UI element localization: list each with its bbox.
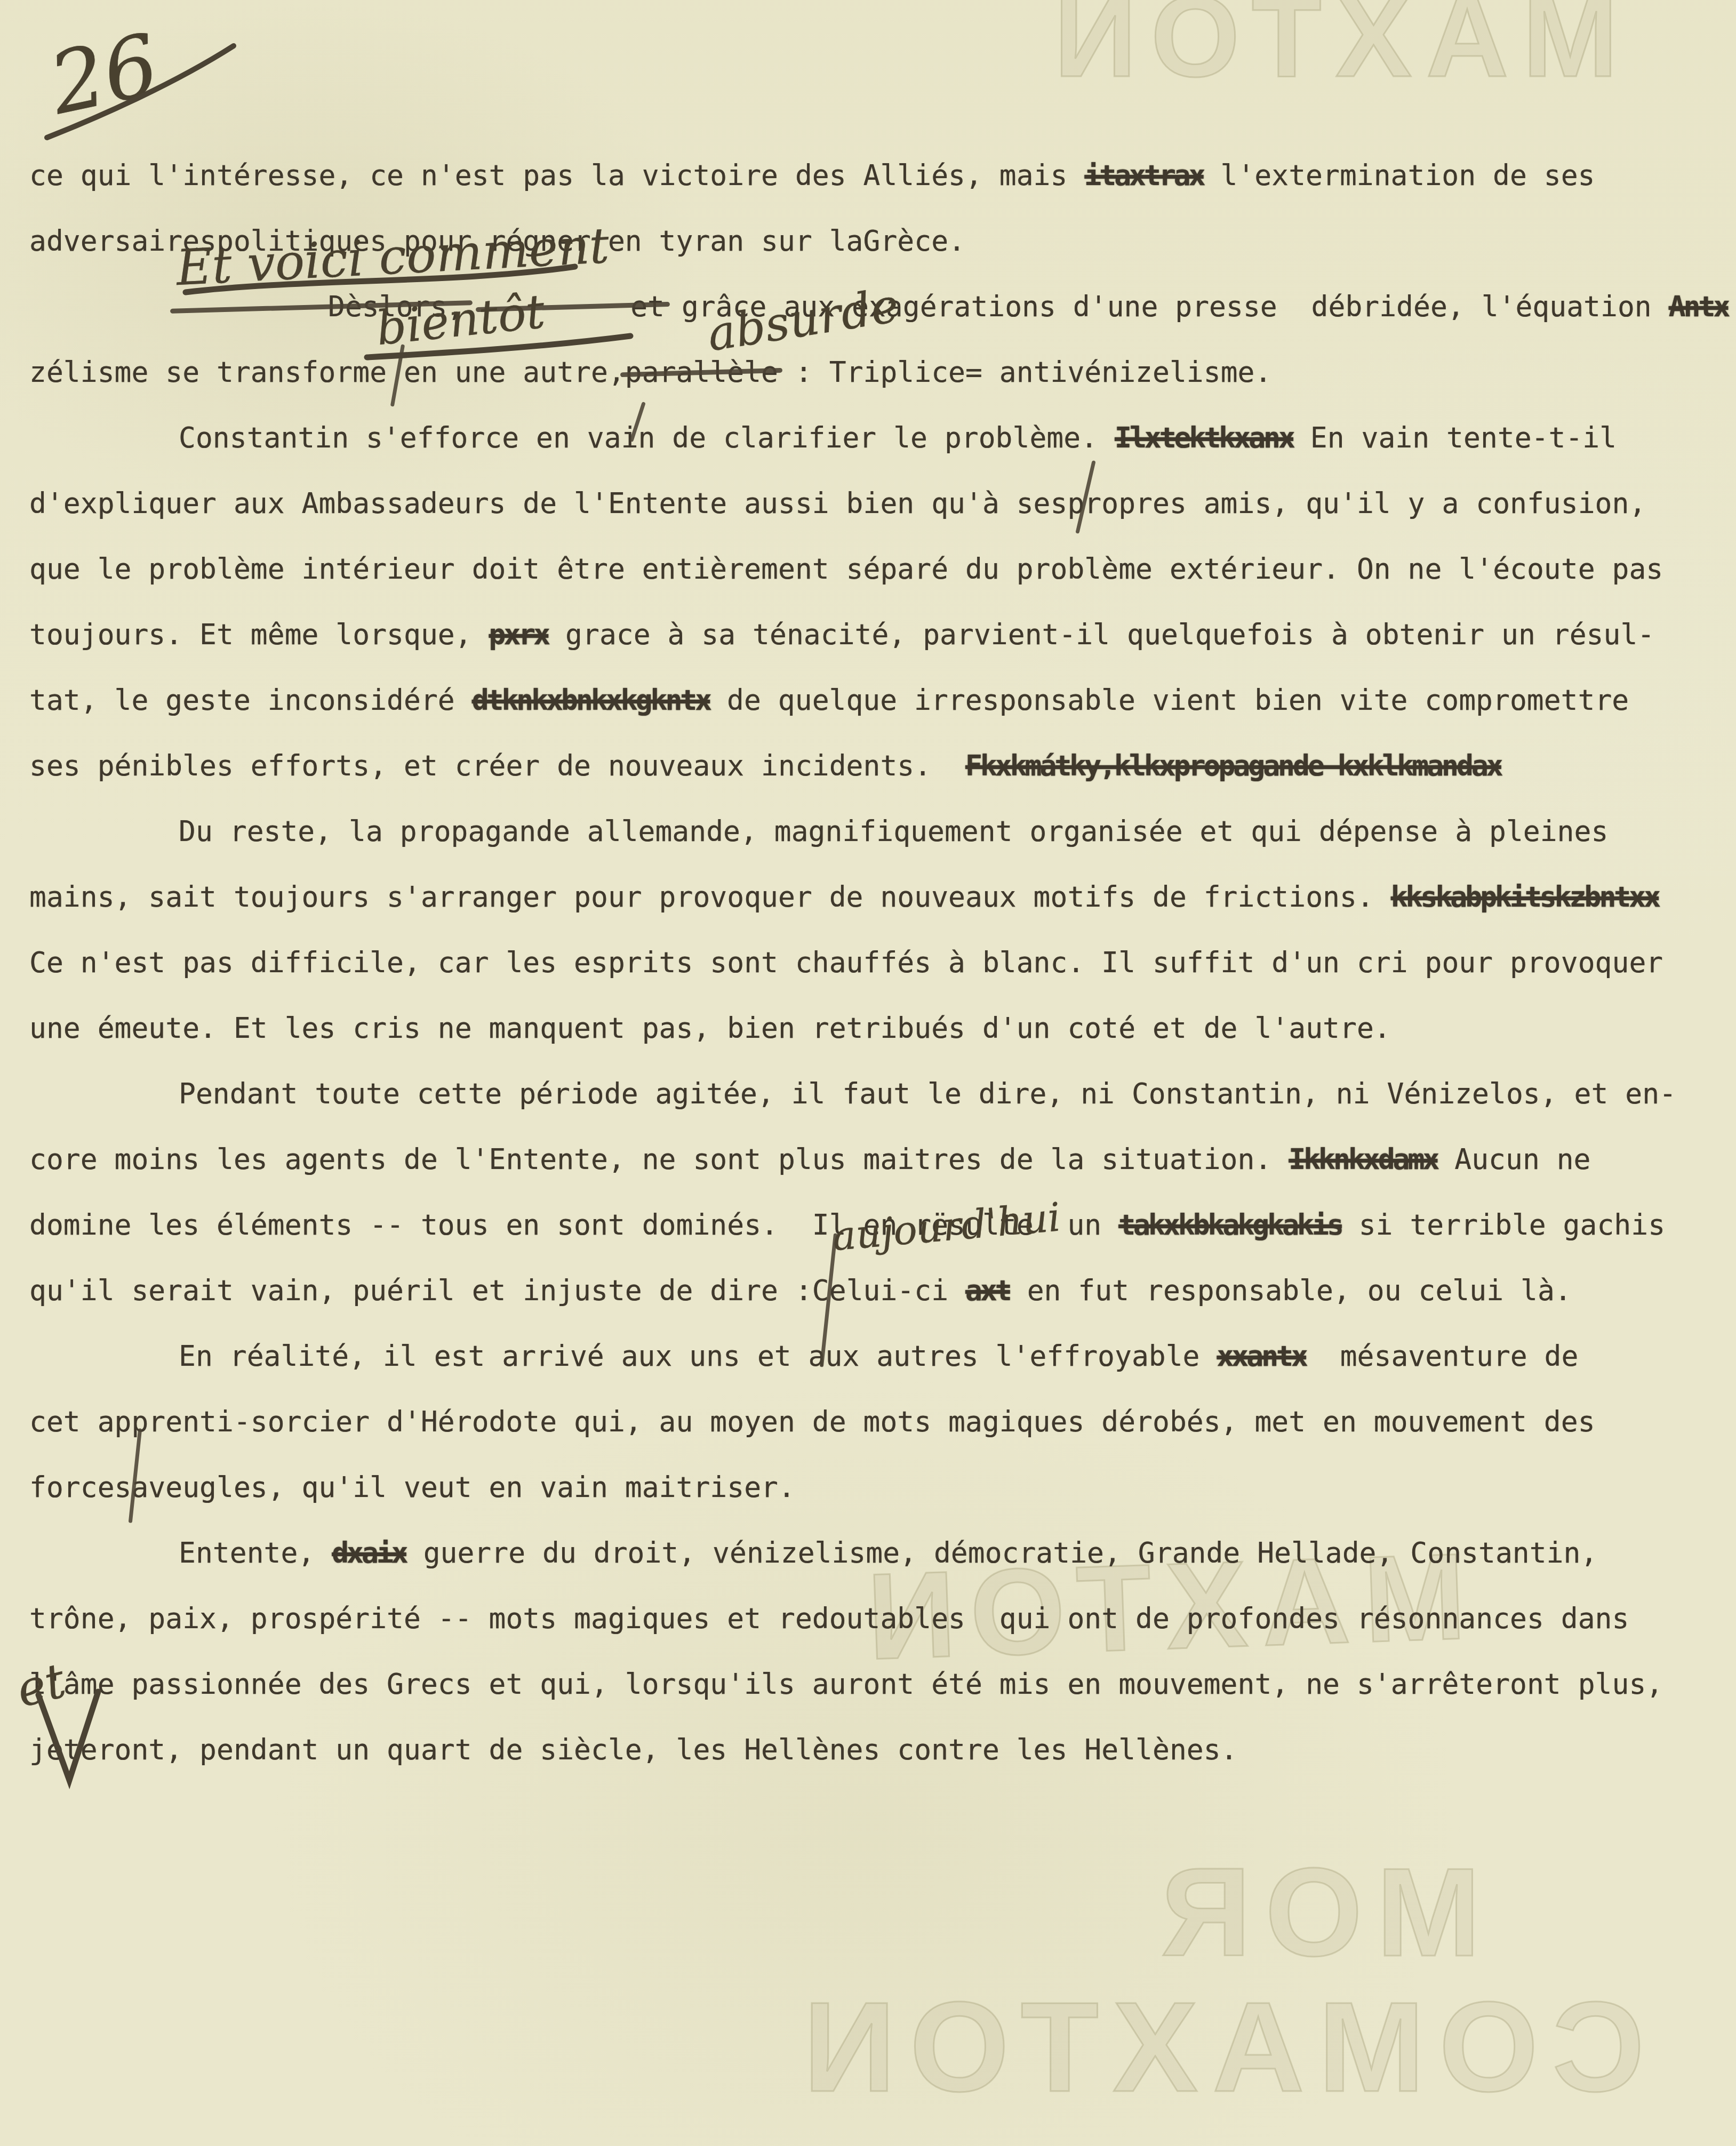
typewriter-struck-text: dxaix	[332, 1537, 406, 1570]
typed-text: cet apprenti-sorcier d'Hérodote qui, au …	[29, 1406, 1595, 1438]
typed-text-block: ce qui l'intéresse, ce n'est pas la vict…	[29, 143, 1715, 1783]
typed-text: zélisme se transforme en une autre,	[29, 356, 625, 389]
typed-text: grace à sa ténacité, parvient-il quelque…	[548, 619, 1654, 651]
typed-text: trône, paix, prospérité -- mots magiques…	[29, 1603, 1629, 1635]
typed-line: une émeute. Et les cris ne manquent pas,…	[29, 996, 1715, 1061]
typed-text: forcesaveugles, qu'il veut en vain maitr…	[29, 1471, 795, 1504]
typewriter-struck-text: kkskabpkitskzbntxx	[1391, 881, 1659, 914]
typewriter-struck-text: Antx	[1669, 291, 1729, 323]
typed-line: Du reste, la propagande allemande, magni…	[29, 799, 1715, 864]
typed-line: que le problème intérieur doit être enti…	[29, 536, 1715, 602]
typed-line: Entente, dxaix guerre du droit, vénizeli…	[29, 1520, 1715, 1586]
typed-text: Ce n'est pas difficile, car les esprits …	[29, 947, 1663, 979]
handwritten-page-number: 26	[42, 15, 167, 134]
typed-text: : Triplice= antivénizelisme.	[778, 356, 1271, 389]
typed-text: En réalité, il est arrivé aux uns et aux…	[179, 1340, 1217, 1373]
typewriter-struck-text: takxkbkakgkakis	[1118, 1209, 1342, 1242]
typewriter-struck-text: xxantx	[1217, 1340, 1306, 1373]
typed-text: Entente,	[179, 1537, 332, 1570]
typed-line: d'expliquer aux Ambassadeurs de l'Entent…	[29, 471, 1715, 536]
typed-line: En réalité, il est arrivé aux uns et aux…	[29, 1324, 1715, 1389]
typewriter-struck-text: axt	[965, 1275, 1010, 1307]
typed-line: ce qui l'intéresse, ce n'est pas la vict…	[29, 143, 1715, 209]
typed-line: mains, sait toujours s'arranger pour pro…	[29, 864, 1715, 930]
typed-line: trône, paix, prospérité -- mots magiques…	[29, 1586, 1715, 1652]
typed-line: zélisme se transforme en une autre,paral…	[29, 340, 1715, 405]
typed-text: tat, le geste inconsidéré	[29, 684, 472, 717]
typewriter-struck-text: pxrx	[489, 619, 549, 651]
typewriter-struck-text: itaxtrax	[1084, 159, 1203, 192]
typed-line: ses pénibles efforts, et créer de nouvea…	[29, 733, 1715, 799]
typed-text: l'extermination de ses	[1204, 159, 1595, 192]
typed-line: toujours. Et même lorsque, pxrx grace à …	[29, 602, 1715, 668]
typed-text: si terrible gachis	[1342, 1209, 1665, 1242]
typed-text: mésaventure de	[1306, 1340, 1579, 1373]
typed-text: d'expliquer aux Ambassadeurs de l'Entent…	[29, 487, 1646, 520]
typed-text: toujours. Et même lorsque,	[29, 619, 489, 651]
typed-text: jeteront, pendant un quart de siècle, le…	[29, 1734, 1238, 1766]
typed-text: En vain tente-t-il	[1293, 422, 1617, 454]
typed-line: cet apprenti-sorcier d'Hérodote qui, au …	[29, 1389, 1715, 1455]
show-through-letters-bottom-2: COMAXTON	[789, 1973, 1645, 2120]
typed-line: core moins les agents de l'Entente, ne s…	[29, 1127, 1715, 1192]
show-through-letters-bottom-1: MOR	[1147, 1840, 1481, 1984]
typed-text: une émeute. Et les cris ne manquent pas,…	[29, 1012, 1391, 1045]
typed-line: Pendant toute cette période agitée, il f…	[29, 1061, 1715, 1127]
typed-text: Constantin s'efforce en vain de clarifie…	[179, 422, 1115, 454]
typed-line: forcesaveugles, qu'il veut en vain maitr…	[29, 1455, 1715, 1520]
show-through-letters-top: MAXTON	[1040, 0, 1618, 103]
typed-text: que le problème intérieur doit être enti…	[29, 553, 1663, 586]
typed-line: Constantin s'efforce en vain de clarifie…	[29, 405, 1715, 471]
typewriter-struck-text: dtknkxbnkxkgkntx	[472, 684, 710, 717]
typed-text: l'âme passionnée des Grecs et qui, lorsq…	[29, 1668, 1663, 1701]
typed-text: Celui-ci	[812, 1275, 965, 1307]
typed-text: qu'il serait vain, puéril et injuste de …	[29, 1275, 812, 1307]
typed-text: guerre du droit, vénizelisme, démocratie…	[406, 1537, 1598, 1570]
typed-line: tat, le geste inconsidéré dtknkxbnkxkgkn…	[29, 668, 1715, 733]
typewriter-struck-text: Ilxtektkxanx	[1115, 422, 1293, 454]
typed-line: jeteront, pendant un quart de siècle, le…	[29, 1717, 1715, 1783]
typed-text: core moins les agents de l'Entente, ne s…	[29, 1143, 1289, 1176]
typed-text: ce qui l'intéresse, ce n'est pas la vict…	[29, 159, 1084, 192]
typewriter-struck-text: Ikknkxdamx	[1289, 1143, 1437, 1176]
typed-text: de quelque irresponsable vient bien vite…	[710, 684, 1629, 717]
manuscript-page: MAXTON MAXTON MOR COMAXTON ce qui l'inté…	[0, 0, 1736, 2146]
typed-text: mains, sait toujours s'arranger pour pro…	[29, 881, 1391, 914]
typed-text: Du reste, la propagande allemande, magni…	[179, 815, 1608, 848]
typed-text: en fut responsable, ou celui là.	[1010, 1275, 1572, 1307]
typed-text: Entente=véni-	[1728, 291, 1736, 323]
typed-line: Ce n'est pas difficile, car les esprits …	[29, 930, 1715, 996]
typed-text: Aucun ne	[1437, 1143, 1590, 1176]
typed-line: l'âme passionnée des Grecs et qui, lorsq…	[29, 1652, 1715, 1717]
typed-text: Pendant toute cette période agitée, il f…	[179, 1078, 1676, 1110]
typed-line: qu'il serait vain, puéril et injuste de …	[29, 1258, 1715, 1324]
typewriter-struck-text: Fkxkmátky,klkxpropagande kxklkmandax	[965, 750, 1501, 782]
typed-text: ses pénibles efforts, et créer de nouvea…	[29, 750, 965, 782]
